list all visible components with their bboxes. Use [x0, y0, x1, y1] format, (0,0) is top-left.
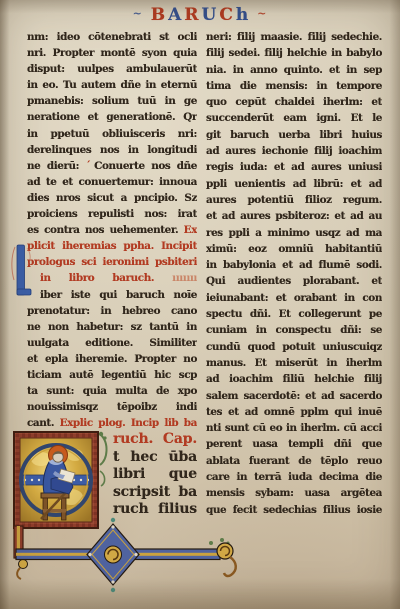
right-text-column: neri: filij maasie. filij sedechie.filij… — [206, 29, 382, 518]
text-segment: regis iuda: et ad aures uniusi — [206, 161, 382, 173]
text-line: Qui audientes plorabant. et — [206, 273, 382, 289]
text-line: libri que — [113, 466, 197, 484]
text-segment: derelinques nos in longitudi — [27, 144, 197, 156]
text-line: uulgata editione. Similiter — [27, 335, 197, 351]
text-segment: mensis sybam: uasa argētea — [206, 487, 382, 499]
text-segment: ta sunt: quia multa de xpo — [27, 385, 197, 397]
text-line: prologus sci ieronimi psbiteri — [27, 254, 197, 270]
text-line: care in terrā iuda decima die — [206, 469, 382, 485]
text-line: neratione et generationē. Qr — [27, 109, 197, 125]
text-segment: ruch. Cap. I. — [113, 431, 197, 449]
text-segment: et epla iheremie. Propter no — [27, 353, 197, 365]
text-line: in libro baruch. ııııııı — [40, 270, 197, 286]
text-segment: scripsit ba — [113, 484, 197, 500]
text-segment: prologus sci ieronimi psbiteri — [27, 256, 197, 268]
text-segment: libri que — [113, 466, 197, 482]
text-segment: cant. — [27, 417, 60, 429]
text-segment: in ppetuū obliuisceris nri: — [27, 128, 197, 140]
text-segment: ximū: eoz omniū habitantiū — [206, 243, 382, 255]
text-line: ablata fuerant de tēplo reuo — [206, 453, 382, 469]
text-segment: perent uasa templi dñi que — [206, 438, 382, 450]
text-segment: nti sunt cū eo in iherlm. cū acci — [206, 422, 382, 434]
title-letter: R — [183, 3, 200, 27]
text-line: es contra nos uehementer. Ex — [27, 222, 197, 238]
text-segment: neri: filij maasie. filij sedechie. — [206, 31, 382, 43]
text-segment: es contra nos uehementer. — [27, 224, 178, 236]
text-line: mensis sybam: uasa argētea — [206, 485, 382, 501]
text-segment: et ad aures psbiteroz: et ad au — [206, 210, 382, 222]
text-segment: salem sacerdotē: et ad sacerdo — [206, 390, 382, 402]
text-segment: ieiunabant: et orabant in con — [206, 292, 382, 304]
text-segment: pmanebis: solium tuū in ge — [27, 95, 197, 107]
text-segment: uulgata editione. Similiter — [27, 337, 197, 349]
title-letter: A — [167, 3, 183, 27]
text-line: ne non habetur: sz tantū in — [27, 319, 197, 335]
text-segment: que fecit sedechias filius iosie — [206, 504, 382, 516]
text-segment: ppli uenientis ad librū: et ad — [206, 178, 382, 190]
text-line: ieiunabant: et orabant in con — [206, 290, 382, 306]
text-line: regis iuda: et ad aures uniusi — [206, 159, 382, 175]
text-segment: nouissimisqz tēpoibz indi — [27, 401, 197, 413]
vine-flourish — [99, 432, 107, 486]
text-line: nouissimisqz tēpoibz indi — [27, 399, 197, 415]
text-line: prenotatur: in hebreo cano — [27, 303, 197, 319]
text-segment: care in terrā iuda decima die — [206, 471, 382, 483]
text-segment: ablata fuerant de tēplo reuo — [206, 455, 382, 467]
text-segment: ad ioachim filiū helchie filij — [206, 373, 382, 385]
text-line: neri: filij maasie. filij sedechie. — [206, 29, 382, 45]
text-segment: spectu dñi. Et collegerunt pe — [206, 308, 382, 320]
text-line: ta sunt: quia multa de xpo — [27, 383, 197, 399]
text-line: in eo. Tu autem dñe in eternū — [27, 77, 197, 93]
text-line: nia. in anno quinto. et in sep — [206, 62, 382, 78]
text-segment: iber iste qui baruch noīe — [40, 289, 197, 301]
text-segment: nia. in anno quinto. et in sep — [206, 64, 382, 76]
text-line: ticiam autē legentiū hic scp — [27, 367, 197, 383]
text-segment: ad aures iechonie filij ioachim — [206, 145, 382, 157]
title-letter: C — [218, 3, 235, 27]
text-line: ruch. Cap. I. — [113, 431, 197, 449]
text-line: cundū quod potuit uniuscuiqz — [206, 339, 382, 355]
text-segment: Conuerte nos dñe — [94, 160, 197, 172]
text-segment: ticiam autē legentiū hic scp — [27, 369, 197, 381]
text-segment: aures potentiū filioz regum. — [206, 194, 382, 206]
text-line: git baruch uerba libri huius — [206, 127, 382, 143]
text-segment: Explic plog. Incip lib ba — [60, 417, 197, 429]
text-line: pmanebis: solium tuū in ge — [27, 93, 197, 109]
text-segment: neratione et generationē. Qr — [27, 111, 197, 123]
text-segment: quo cepūt chaldei iherlm: et — [206, 96, 382, 108]
text-segment: in babylonia et ad flumē sodi. — [206, 259, 382, 271]
text-segment: succenderūt eam igni. Et le — [206, 112, 382, 124]
text-line: proiciens repulisti nos: irat — [27, 206, 197, 222]
text-line: tima die mensis: in tempore — [206, 78, 382, 94]
text-line: manus. Et miserūt in iherlm — [206, 355, 382, 371]
text-line: spectu dñi. Et collegerunt pe — [206, 306, 382, 322]
text-line: ximū: eoz omniū habitantiū — [206, 241, 382, 257]
text-segment: plicit iheremias ppha. Incipit — [27, 240, 197, 252]
text-line: ad te et conuertemur: innoua — [27, 174, 197, 190]
text-segment: filij sedei. filij helchie in babylo — [206, 47, 382, 59]
text-segment: dies nros sicut a pncipio. Sz — [27, 192, 197, 204]
text-line: et ad aures psbiteroz: et ad au — [206, 208, 382, 224]
title-letter: B — [150, 3, 167, 27]
penwork-initial-L — [10, 244, 36, 302]
text-segment: nm: ideo cōtenebrati st ocli — [27, 31, 197, 43]
text-segment: ˊ — [86, 160, 95, 172]
text-segment: git baruch uerba libri huius — [206, 129, 382, 141]
text-line: ad aures iechonie filij ioachim — [206, 143, 382, 159]
text-segment: in eo. Tu autem dñe in eternū — [27, 79, 197, 91]
text-segment: in libro baruch. — [40, 272, 154, 284]
text-line: disput: uulpes ambulauerūt — [27, 61, 197, 77]
text-segment: cuniam in conspectu dñi: se — [206, 324, 382, 336]
text-segment: ruch filius — [113, 501, 197, 517]
text-segment: ne non habetur: sz tantū in — [27, 321, 197, 333]
text-line: in babylonia et ad flumē sodi. — [206, 257, 382, 273]
text-segment: nri. Propter montē syon quia — [27, 47, 197, 59]
text-segment: cundū quod potuit uniuscuiqz — [206, 341, 382, 353]
text-line: ne dierū: ˊConuerte nos dñe — [27, 158, 197, 174]
text-segment: Qui audientes plorabant. et — [206, 275, 382, 287]
text-line: plicit iheremias ppha. Incipit — [27, 238, 197, 254]
text-segment: t hec ūba — [113, 449, 197, 465]
text-segment: proiciens repulisti nos: irat — [27, 208, 197, 220]
page-title: BARUCh — [150, 5, 250, 25]
text-segment: manus. Et miserūt in iherlm — [206, 357, 382, 369]
text-segment: prenotatur: in hebreo cano — [27, 305, 197, 317]
text-line: perent uasa templi dñi que — [206, 436, 382, 452]
text-line: tes et ad omnē pplm qui inuē — [206, 404, 382, 420]
text-line: salem sacerdotē: et ad sacerdo — [206, 388, 382, 404]
text-line: aures potentiū filioz regum. — [206, 192, 382, 208]
text-segment: ad te et conuertemur: innoua — [27, 176, 197, 188]
decorative-extender-bar — [6, 516, 256, 596]
text-line: dies nros sicut a pncipio. Sz — [27, 190, 197, 206]
text-line: ad ioachim filiū helchie filij — [206, 371, 382, 387]
header-left-flourish: ~ — [133, 7, 143, 20]
text-line: succenderūt eam igni. Et le — [206, 110, 382, 126]
text-line: nm: ideo cōtenebrati st ocli — [27, 29, 197, 45]
text-line: nti sunt cū eo in iherlm. cū acci — [206, 420, 382, 436]
text-segment: tes et ad omnē pplm qui inuē — [206, 406, 382, 418]
text-line: cant. Explic plog. Incip lib ba — [27, 415, 197, 431]
text-segment: res ppli a minimo usqz ad ma — [206, 227, 382, 239]
text-segment: disput: uulpes ambulauerūt — [27, 63, 197, 75]
text-line: derelinques nos in longitudi — [27, 142, 197, 158]
text-segment: ne dierū: — [27, 160, 86, 172]
text-segment: ııııııı — [154, 272, 197, 284]
manuscript-page: ~ BARUCh ~ nm: ideo cōtenebrati st oclin… — [0, 0, 400, 609]
header-right-flourish: ~ — [257, 7, 267, 20]
title-letter: h — [235, 3, 250, 27]
text-segment: Ex — [178, 224, 197, 236]
text-line: t hec ūba — [113, 449, 197, 467]
text-segment: tima die mensis: in tempore — [206, 80, 382, 92]
page-header: ~ BARUCh ~ — [0, 2, 400, 27]
text-line: res ppli a minimo usqz ad ma — [206, 225, 382, 241]
text-line: et epla iheremie. Propter no — [27, 351, 197, 367]
text-line: iber iste qui baruch noīe — [40, 287, 197, 303]
text-line: scripsit ba — [113, 484, 197, 502]
text-line: nri. Propter montē syon quia — [27, 45, 197, 61]
text-line: cuniam in conspectu dñi: se — [206, 322, 382, 338]
text-line: quo cepūt chaldei iherlm: et — [206, 94, 382, 110]
title-letter: U — [200, 3, 218, 27]
text-line: in ppetuū obliuisceris nri: — [27, 126, 197, 142]
text-line: ppli uenientis ad librū: et ad — [206, 176, 382, 192]
text-line: filij sedei. filij helchie in babylo — [206, 45, 382, 61]
diamond-knot — [87, 518, 139, 592]
